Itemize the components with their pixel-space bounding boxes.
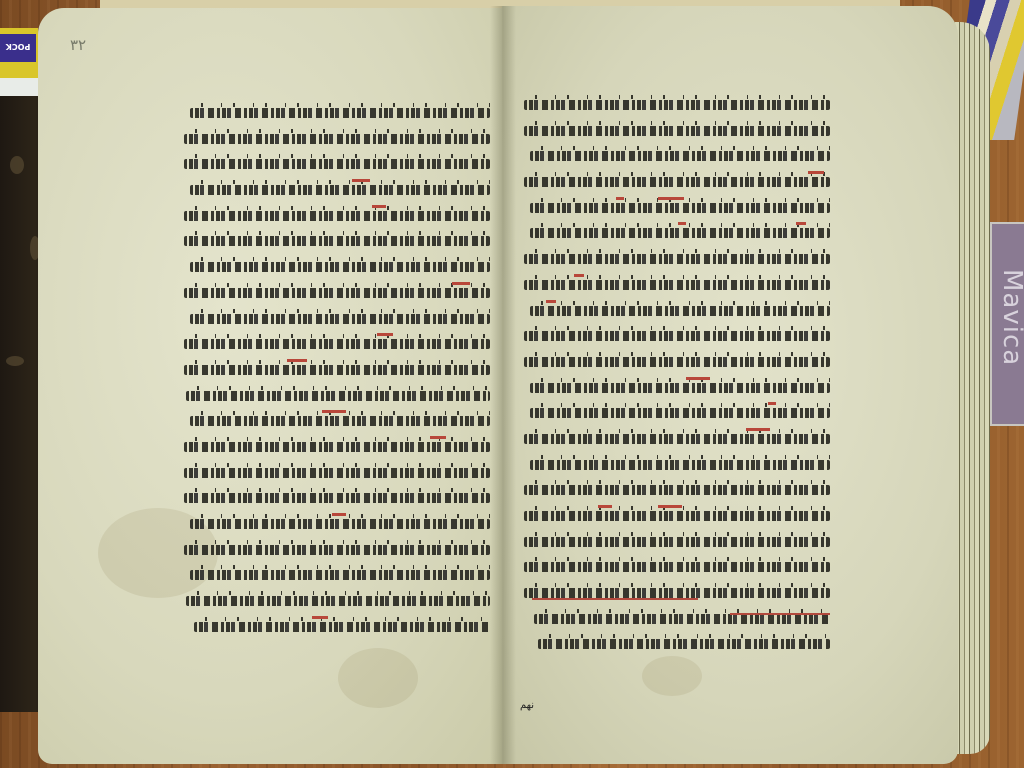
rubric-mark <box>678 222 686 225</box>
manuscript-line <box>182 357 490 383</box>
manuscript-line <box>518 169 830 195</box>
right-page-text-block <box>518 92 830 657</box>
manuscript-line <box>182 614 490 640</box>
book-gutter <box>490 6 516 764</box>
manuscript-line <box>518 349 830 375</box>
rubric-mark <box>616 197 624 200</box>
rubric-mark <box>322 410 346 413</box>
rubric-mark <box>377 333 393 336</box>
manuscript-line <box>518 452 830 478</box>
manuscript-line <box>518 606 830 632</box>
manuscript-line <box>518 503 830 529</box>
manuscript-line <box>518 323 830 349</box>
rubric-mark <box>352 179 370 182</box>
manuscript-line <box>182 100 490 126</box>
rubric-mark <box>658 197 684 200</box>
rubric-mark <box>312 616 328 619</box>
manuscript-line <box>518 143 830 169</box>
background-book: POCK <box>0 28 38 80</box>
magazine-label: Mavica <box>997 269 1024 369</box>
manuscript-line <box>518 246 830 272</box>
manuscript-line <box>518 477 830 503</box>
rubric-mark <box>372 205 386 208</box>
manuscript-line <box>182 126 490 152</box>
manuscript-line <box>182 434 490 460</box>
manuscript-line <box>182 383 490 409</box>
manuscript-line <box>182 562 490 588</box>
rubric-mark <box>287 359 307 362</box>
rubric-mark <box>796 222 806 225</box>
manuscript-line <box>518 92 830 118</box>
red-underline <box>532 598 698 600</box>
background-book-label: POCK <box>0 42 36 51</box>
manuscript-line <box>182 331 490 357</box>
manuscript-line <box>518 529 830 555</box>
rubric-mark <box>808 171 824 174</box>
manuscript-line <box>182 460 490 486</box>
manuscript-line <box>518 298 830 324</box>
manuscript-line <box>182 537 490 563</box>
manuscript-line <box>518 400 830 426</box>
manuscript-line <box>518 195 830 221</box>
manuscript-line <box>182 408 490 434</box>
rubric-mark <box>452 282 470 285</box>
manuscript-line <box>518 580 830 606</box>
manuscript-line <box>518 272 830 298</box>
rubric-mark <box>546 300 556 303</box>
manuscript-line <box>182 511 490 537</box>
folio-number: ٣٢ <box>70 36 86 54</box>
rubric-mark <box>768 402 776 405</box>
manuscript-line <box>182 485 490 511</box>
manuscript-line <box>182 254 490 280</box>
rubric-mark <box>598 505 612 508</box>
rubric-mark <box>574 274 584 277</box>
manuscript-line <box>182 280 490 306</box>
manuscript-line <box>182 306 490 332</box>
manuscript-line <box>518 426 830 452</box>
manuscript-line <box>182 228 490 254</box>
rubric-mark <box>430 436 446 439</box>
left-page-text-block <box>182 100 490 639</box>
rubric-mark <box>686 377 710 380</box>
manuscript-line <box>182 177 490 203</box>
catchword: نهم <box>520 700 534 711</box>
red-underline <box>730 613 830 615</box>
manuscript-line <box>518 554 830 580</box>
rubric-mark <box>746 428 770 431</box>
manuscript-line <box>182 203 490 229</box>
rubric-mark <box>332 513 346 516</box>
rubric-mark <box>658 505 682 508</box>
manuscript-line <box>518 375 830 401</box>
background-magazine: Mavica <box>990 222 1024 426</box>
manuscript-line <box>182 588 490 614</box>
manuscript-line <box>518 118 830 144</box>
manuscript-line <box>518 631 830 657</box>
manuscript-line <box>518 220 830 246</box>
manuscript-line <box>182 151 490 177</box>
